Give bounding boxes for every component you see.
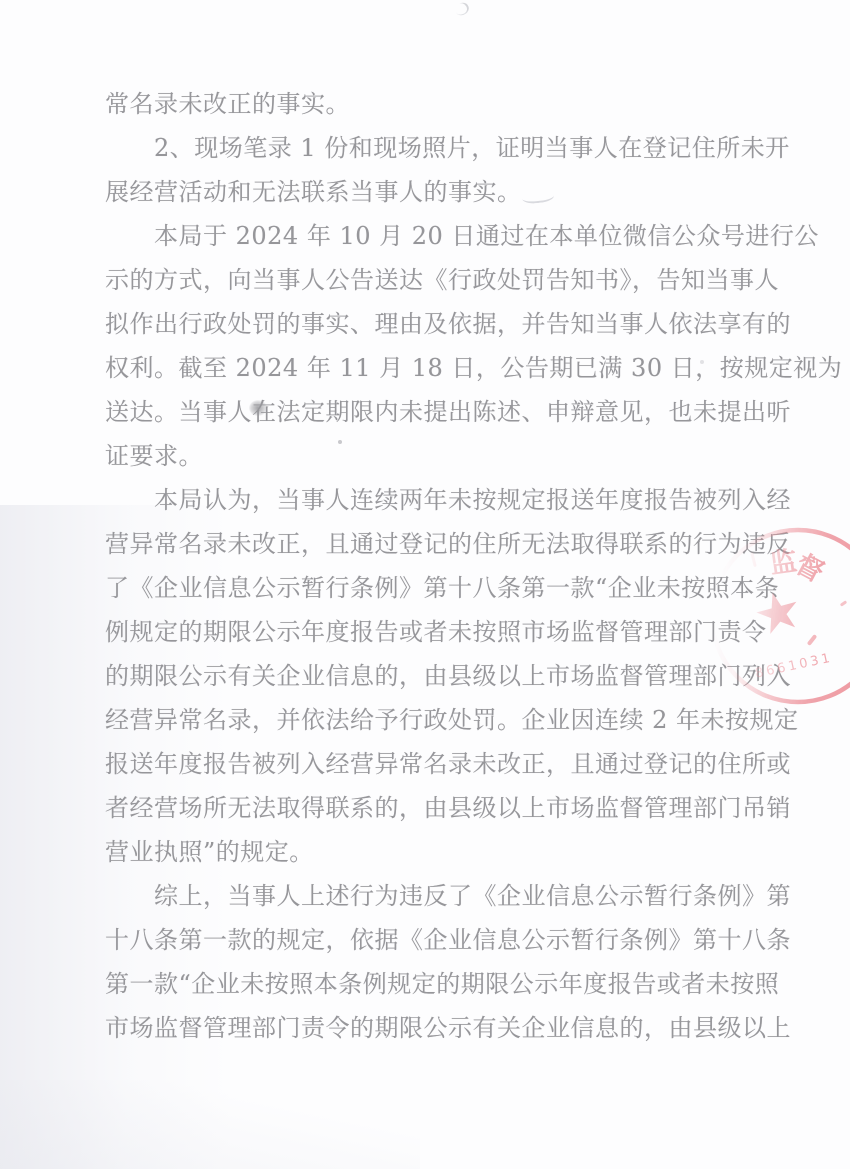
document-line: 经营异常名录，并依法给予行政处罚。企业因连续 2 年未按规定 bbox=[105, 698, 760, 742]
document-body: 常名录未改正的事实。2、现场笔录 1 份和现场照片，证明当事人在登记住所未开展经… bbox=[105, 82, 760, 1050]
document-line: 了《企业信息公示暂行条例》第十八条第一款“企业未按照本条 bbox=[105, 566, 760, 610]
document-line: 市场监督管理部门责令的期限公示有关企业信息的，由县级以上 bbox=[105, 1006, 760, 1050]
document-line: 2、现场笔录 1 份和现场照片，证明当事人在登记住所未开 bbox=[105, 126, 760, 170]
seal-ink-mark bbox=[840, 600, 847, 606]
document-line: 展经营活动和无法联系当事人的事实。 bbox=[105, 170, 760, 214]
document-line: 本局认为，当事人连续两年未按规定报送年度报告被列入经 bbox=[105, 478, 760, 522]
document-line: 综上，当事人上述行为违反了《企业信息公示暂行条例》第 bbox=[105, 874, 760, 918]
seal-ink-mark bbox=[807, 634, 818, 646]
document-line: 拟作出行政处罚的事实、理由及依据，并告知当事人依法享有的 bbox=[105, 302, 760, 346]
document-line: 第一款“企业未按照本条例规定的期限公示年度报告或者未按照 bbox=[105, 962, 760, 1006]
scanned-page: 常名录未改正的事实。2、现场笔录 1 份和现场照片，证明当事人在登记住所未开展经… bbox=[0, 0, 850, 1169]
document-line: 示的方式，向当事人公告送达《行政处罚告知书》，告知当事人 bbox=[105, 258, 760, 302]
document-line: 营异常名录未改正，且通过登记的住所无法取得联系的行为违反 bbox=[105, 522, 760, 566]
document-line: 权利。截至 2024 年 11 月 18 日，公告期已满 30 日，按规定视为 bbox=[105, 346, 760, 390]
document-line: 者经营场所无法取得联系的，由县级以上市场监督管理部门吊销 bbox=[105, 786, 760, 830]
document-line: 报送年度报告被列入经营异常名录未改正，且通过登记的住所或 bbox=[105, 742, 760, 786]
document-line: 的期限公示有关企业信息的，由县级以上市场监督管理部门列入 bbox=[105, 654, 760, 698]
document-line: 营业执照”的规定。 bbox=[105, 830, 760, 874]
scan-smudge bbox=[453, 0, 471, 17]
document-line: 十八条第一款的规定，依据《企业信息公示暂行条例》第十八条 bbox=[105, 918, 760, 962]
document-line: 证要求。 bbox=[105, 434, 760, 478]
scan-shadow-bottom bbox=[0, 1080, 420, 1169]
seal-ring-char: 督 bbox=[790, 542, 832, 589]
document-line: 送达。当事人在法定期限内未提出陈述、申辩意见，也未提出听 bbox=[105, 390, 760, 434]
document-line: 本局于 2024 年 10 月 20 日通过在本单位微信公众号进行公 bbox=[105, 214, 760, 258]
document-line: 例规定的期限公示年度报告或者未按照市场监督管理部门责令 bbox=[105, 610, 760, 654]
document-line: 常名录未改正的事实。 bbox=[105, 82, 760, 126]
